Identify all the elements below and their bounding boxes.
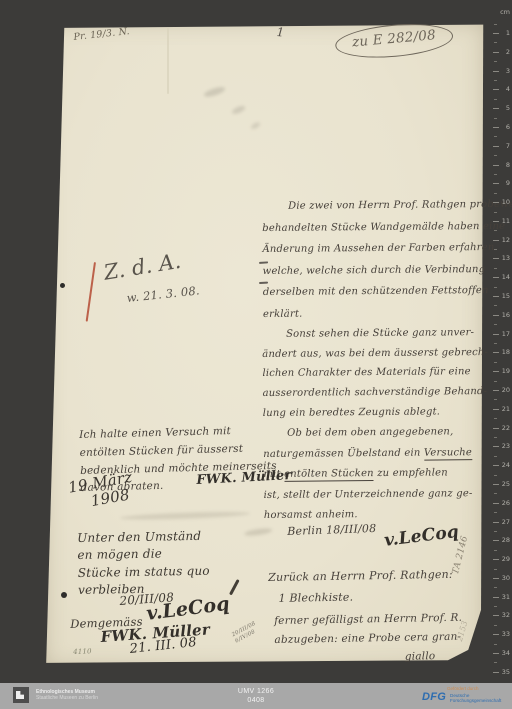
ruler-tick: [493, 390, 499, 391]
ruler-number: 24: [502, 462, 510, 468]
ruler-number: 35: [502, 669, 510, 675]
zda-note: Z. d. A.: [102, 248, 183, 287]
ruler-half-tick: [494, 644, 498, 645]
ruler-half-tick: [494, 80, 498, 81]
ruler-number: 17: [502, 331, 510, 337]
ruler-number: 28: [502, 537, 510, 543]
ruler-number: 32: [502, 612, 510, 618]
ruler-number: 20: [502, 387, 510, 393]
ruler-tick: [493, 146, 499, 147]
ruler-number: 11: [502, 218, 510, 224]
ruler-tick: [493, 258, 499, 259]
body-paragraph-1: Die zwei von Herrn Prof. Rathgen probewe…: [262, 194, 512, 325]
ruler-number: 14: [502, 274, 510, 280]
red-crayon-line: [86, 262, 96, 322]
ruler-half-tick: [494, 268, 498, 269]
ruler-number: 21: [502, 406, 510, 412]
ruler-number: 12: [502, 237, 510, 243]
return-note: Zurück an Herrn Prof. Rathgen:1 Blechkis…: [268, 564, 453, 609]
ruler-half-tick: [494, 155, 498, 156]
ruler-half-tick: [494, 212, 498, 213]
ruler-half-tick: [494, 493, 498, 494]
ruler-half-tick: [494, 42, 498, 43]
ruler-number: 9: [506, 180, 510, 186]
registry-note: Pr. 19/3. N.: [73, 26, 130, 44]
ruler-half-tick: [494, 399, 498, 400]
fold-crease: [167, 28, 169, 94]
handwriting-layer: Pr. 19/3. N.1zu E 282/08Z. d. A.w. 21. 3…: [0, 0, 512, 709]
ruler-tick: [493, 202, 499, 203]
ruler-half-tick: [494, 362, 498, 363]
ruler-tick: [493, 183, 499, 184]
decision-note: Unter den Umständen mögen dieStücke im s…: [77, 528, 210, 599]
ruler-half-tick: [494, 531, 498, 532]
footer-bar: Ethnologisches Museum Staatliche Museen …: [0, 683, 512, 709]
ruler-tick: [493, 315, 499, 316]
dateline: Berlin 18/III/08: [287, 522, 377, 539]
dfg-name-line2: Forschungsgemeinschaft: [450, 698, 501, 703]
ruler-tick: [493, 52, 499, 53]
dfg-wordmark: DFG: [422, 691, 446, 703]
ruler-half-tick: [494, 230, 498, 231]
ruler-number: 22: [502, 425, 510, 431]
ruler-half-tick: [494, 475, 498, 476]
ruler-number: 27: [502, 519, 510, 525]
ruler-tick: [493, 409, 499, 410]
ruler-number: 26: [502, 500, 510, 506]
dfg-name: Deutsche Forschungsgemeinschaft: [450, 693, 501, 704]
ruler-half-tick: [494, 324, 498, 325]
ruler-tick: [493, 559, 499, 560]
ruler-number: 15: [502, 293, 510, 299]
ruler-tick: [493, 672, 499, 673]
ruler-tick: [493, 71, 499, 72]
ruler-half-tick: [494, 418, 498, 419]
ruler: cm12345678910111213141516171819202122232…: [490, 0, 512, 683]
ruler-half-tick: [494, 343, 498, 344]
ruler-tick: [493, 165, 499, 166]
ruler-half-tick: [494, 625, 498, 626]
ruler-tick: [493, 33, 499, 34]
ruler-half-tick: [494, 550, 498, 551]
file-number: zu E 282/08: [334, 20, 454, 62]
ruler-tick: [493, 540, 499, 541]
ruler-half-tick: [494, 456, 498, 457]
ruler-number: 8: [506, 162, 510, 168]
ruler-number: 18: [502, 349, 510, 355]
pencil-date-scribble: 20/III/086/IV/08: [231, 621, 260, 645]
ruler-half-tick: [494, 118, 498, 119]
ruler-tick: [493, 277, 499, 278]
ruler-tick: [493, 296, 499, 297]
memo-date: 19 März1908: [67, 469, 137, 514]
ruler-tick: [493, 653, 499, 654]
ruler-number: 29: [502, 556, 510, 562]
ruler-half-tick: [494, 287, 498, 288]
ruler-number: 33: [502, 631, 510, 637]
ruler-number: 25: [502, 481, 510, 487]
ruler-number: 34: [502, 650, 510, 656]
ruler-number: 13: [502, 255, 510, 261]
ruler-half-tick: [494, 512, 498, 513]
ruler-half-tick: [494, 381, 498, 382]
ruler-tick: [493, 127, 499, 128]
funded-by-label: Gefördert durch: [447, 686, 479, 691]
ruler-tick: [493, 446, 499, 447]
ruler-number: 16: [502, 312, 510, 318]
ruler-tick: [493, 522, 499, 523]
ruler-half-tick: [494, 193, 498, 194]
ghost-pencil-2: [244, 527, 273, 537]
ruler-half-tick: [494, 136, 498, 137]
signature-lecoq-main: v.LeCoq: [383, 521, 460, 552]
ruler-number: 10: [502, 199, 510, 205]
ruler-number: 2: [506, 49, 510, 55]
ruler-half-tick: [494, 587, 498, 588]
ruler-number: 6: [506, 124, 510, 130]
ruler-half-tick: [494, 662, 498, 663]
ruler-tick: [493, 428, 499, 429]
ruler-number: 7: [506, 143, 510, 149]
ruler-number: 4: [506, 86, 510, 92]
ruler-number: 1: [506, 30, 510, 36]
ruler-number: 23: [502, 443, 510, 449]
zda-date: w. 21. 3. 08.: [126, 283, 200, 306]
ruler-number: 19: [502, 368, 510, 374]
ruler-tick: [493, 503, 499, 504]
corner-number: 4110: [73, 647, 92, 657]
ruler-tick: [493, 634, 499, 635]
ruler-half-tick: [494, 61, 498, 62]
punch-hole-bottom: [61, 592, 67, 598]
ruler-half-tick: [494, 99, 498, 100]
ruler-number: 5: [506, 105, 510, 111]
ruler-tick: [493, 597, 499, 598]
further-note: ferner gefälligst an Herrn Prof. R.abzug…: [274, 609, 463, 669]
ruler-half-tick: [494, 437, 498, 438]
ruler-tick: [493, 89, 499, 90]
ruler-half-tick: [494, 569, 498, 570]
page-number: 1: [276, 25, 285, 41]
ruler-number: 30: [502, 575, 510, 581]
ruler-tick: [493, 108, 499, 109]
ruler-tick: [493, 484, 499, 485]
dfg-logo: Gefördert durch DFG Deutsche Forschungsg…: [420, 685, 510, 707]
ruler-half-tick: [494, 606, 498, 607]
ruler-tick: [493, 334, 499, 335]
ruler-tick: [493, 371, 499, 372]
ruler-unit-label: cm: [500, 9, 510, 15]
ruler-tick: [493, 352, 499, 353]
ghost-pencil-1: [120, 510, 250, 521]
smudge-1: [203, 85, 226, 98]
body-paragraph-3: Ob bei dem oben angegebenen,naturgemässe…: [263, 422, 473, 526]
ruler-tick: [493, 578, 499, 579]
ruler-tick: [493, 465, 499, 466]
ruler-number: 3: [506, 68, 510, 74]
ruler-half-tick: [494, 174, 498, 175]
ruler-tick: [493, 221, 499, 222]
ruler-half-tick: [494, 305, 498, 306]
check-slash: [229, 579, 240, 595]
ruler-half-tick: [494, 24, 498, 25]
punch-hole-top: [60, 283, 65, 288]
ruler-half-tick: [494, 249, 498, 250]
body-paragraph-2: Sonst sehen die Stücke ganz unver-ändert…: [262, 323, 489, 423]
smudge-3: [250, 121, 261, 130]
ruler-number: 31: [502, 594, 510, 600]
ruler-tick: [493, 240, 499, 241]
ruler-tick: [493, 615, 499, 616]
smudge-2: [231, 104, 246, 115]
